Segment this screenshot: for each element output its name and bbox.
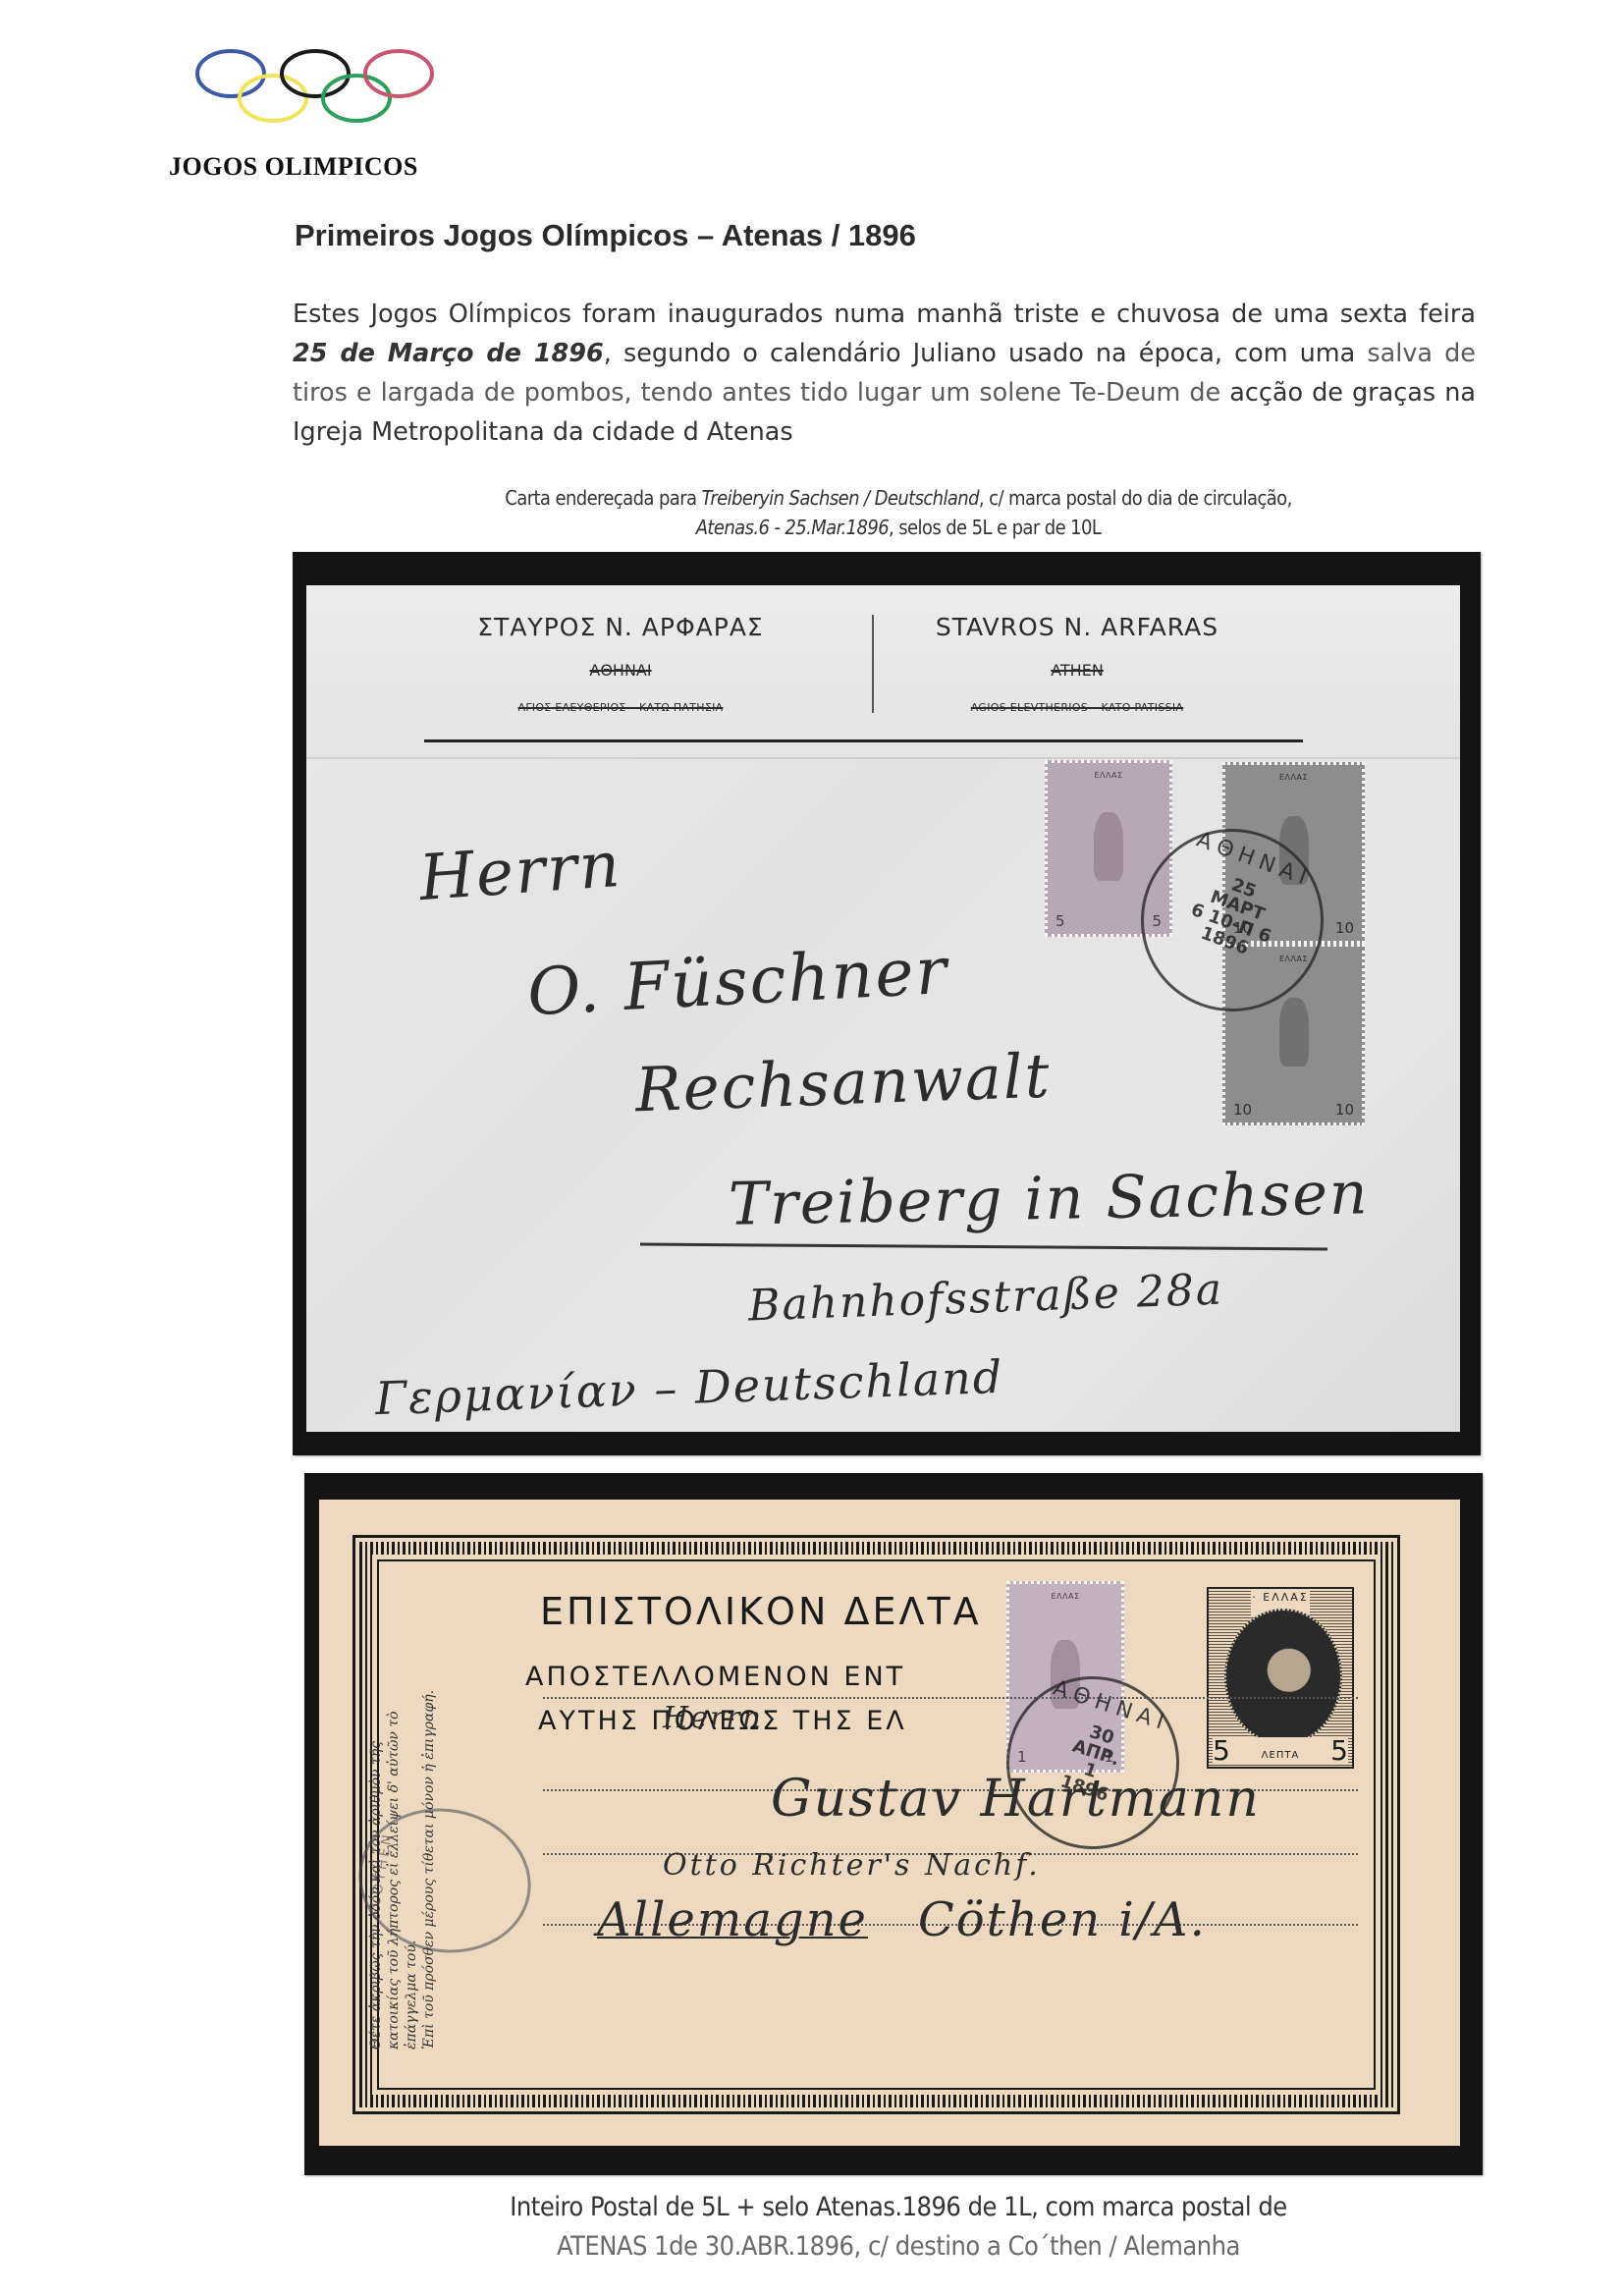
hermes-head-indicium: · ΕΛΛΑΣ · 5 ΛΕΠΤΑ 5 xyxy=(1207,1587,1354,1769)
address-city: Cöthen i/A. xyxy=(918,1892,1207,1947)
hermes-head-icon xyxy=(1224,1609,1342,1745)
olympic-rings-icon xyxy=(191,44,447,133)
indicium-value: 5 xyxy=(1213,1737,1230,1765)
address-country: Allemagne xyxy=(597,1892,868,1947)
caption-date: Atenas.6 - 25.Mar.1896 xyxy=(696,516,889,539)
address-name: Gustav Hartmann xyxy=(771,1770,1261,1829)
address-country: Γερμανίαν – Deutschland xyxy=(374,1350,1004,1425)
card-caption: Inteiro Postal de 5L + selo Atenas.1896 … xyxy=(295,2188,1502,2267)
letterhead-street: AGIOS ELEVTHERIOS – KATO PATISSIA xyxy=(861,701,1293,714)
address-city: Treiberg in Sachsen xyxy=(728,1159,1370,1238)
card-subtitle: ΑΠΟΣΤΕΛΛΟΜΕΝΟΝ ΕΝΤ xyxy=(525,1662,905,1692)
address-title: Rechsanwalt xyxy=(634,1040,1053,1126)
stamp-header: ΕΛΛΑΣ xyxy=(1279,773,1308,782)
letterhead-name: STAVROS N. ARFARAS xyxy=(861,613,1293,641)
letterhead-street: ΑΓΙΟΣ ΕΛΕΥΘΕΡΙΟΣ – ΚΑΤΩ ΠΑΤΗΣΙΑ xyxy=(405,701,837,714)
stamp-header: ΕΛΛΑΣ xyxy=(1094,771,1122,780)
letterhead-greek: ΣΤΑΥΡΟΣ Ν. ΑΡΦΑΡΑΣ ΑΘΗΝΑΙ ΑΓΙΟΣ ΕΛΕΥΘΕΡΙ… xyxy=(405,613,837,714)
stamp-value: 5 xyxy=(1056,912,1065,930)
intro-date-emphasis: 25 de Março de 1896 xyxy=(293,339,604,368)
intro-text: , segundo o calendário Juliano usado na … xyxy=(604,339,1368,368)
indicium-value: 5 xyxy=(1330,1737,1348,1765)
address-underline xyxy=(640,1243,1327,1251)
stamp-value: 10 xyxy=(1335,919,1354,937)
caption-destination: Treiberyin Sachsen / Deutschland xyxy=(702,486,979,510)
postal-stationery-card: Θέτε ἀκριβῶς τὴν ὁδόν καὶ τὸν ἀριθμὸν τῆ… xyxy=(319,1500,1460,2146)
discus-thrower-icon xyxy=(1279,998,1309,1066)
intro-text: Estes Jogos Olímpicos foram inaugurados … xyxy=(293,300,1476,329)
caption-text: , selos de 5L e par de 10L xyxy=(889,516,1101,539)
address-firm: Otto Richter's Nachf. xyxy=(663,1848,1041,1883)
discus-thrower-icon xyxy=(1094,812,1123,881)
address-salutation: Herrn xyxy=(663,1701,763,1735)
cover-envelope: ΣΤΑΥΡΟΣ Ν. ΑΡΦΑΡΑΣ ΑΘΗΝΑΙ ΑΓΙΟΣ ΕΛΕΥΘΕΡΙ… xyxy=(306,585,1460,1432)
org-title: JOGOS OLIMPICOS xyxy=(169,152,418,182)
instruction-line: ἐπάγγελμα τού. xyxy=(404,1941,419,2050)
address-line xyxy=(543,1697,1358,1699)
address-street: Bahnhofsstraße 28a xyxy=(747,1265,1224,1332)
card-instructions: Θέτε ἀκριβῶς τὴν ὁδόν καὶ τὸν ἀριθμὸν τῆ… xyxy=(366,1539,450,2050)
letterhead-city: ATHEN xyxy=(861,661,1293,680)
caption-text: , c/ marca postal do dia de circulação, xyxy=(979,486,1292,510)
page-title: Primeiros Jogos Olímpicos – Atenas / 189… xyxy=(295,218,916,253)
letterhead-rule xyxy=(424,739,1303,742)
cover-caption: Carta endereçada para Treiberyin Sachsen… xyxy=(295,483,1502,542)
letterhead-name: ΣΤΑΥΡΟΣ Ν. ΑΡΦΑΡΑΣ xyxy=(405,613,837,641)
intro-paragraph: Estes Jogos Olímpicos foram inaugurados … xyxy=(293,295,1476,452)
letterhead-city: ΑΘΗΝΑΙ xyxy=(405,661,837,680)
address-name: O. Füschner xyxy=(525,933,949,1030)
card-title: ΕΠΙΣΤΟΛΙΚΟΝ ΔΕΛΤΑ xyxy=(540,1590,982,1633)
stamp-value: 10 xyxy=(1335,1101,1354,1119)
caption-line: Inteiro Postal de 5L + selo Atenas.1896 … xyxy=(295,2188,1502,2227)
caption-line: ATENAS 1de 30.ABR.1896, c/ destino a Co´… xyxy=(295,2227,1502,2267)
caption-text: Carta endereçada para xyxy=(505,486,701,510)
address-salutation: Herrn xyxy=(417,829,624,915)
indicium-label: ΛΕΠΤΑ xyxy=(1262,1750,1300,1765)
letterhead-latin: STAVROS N. ARFARAS ATHEN AGIOS ELEVTHERI… xyxy=(861,613,1293,714)
stamp-value: 10 xyxy=(1233,1101,1252,1119)
stamp-header: ΕΛΛΑΣ xyxy=(1051,1592,1079,1601)
